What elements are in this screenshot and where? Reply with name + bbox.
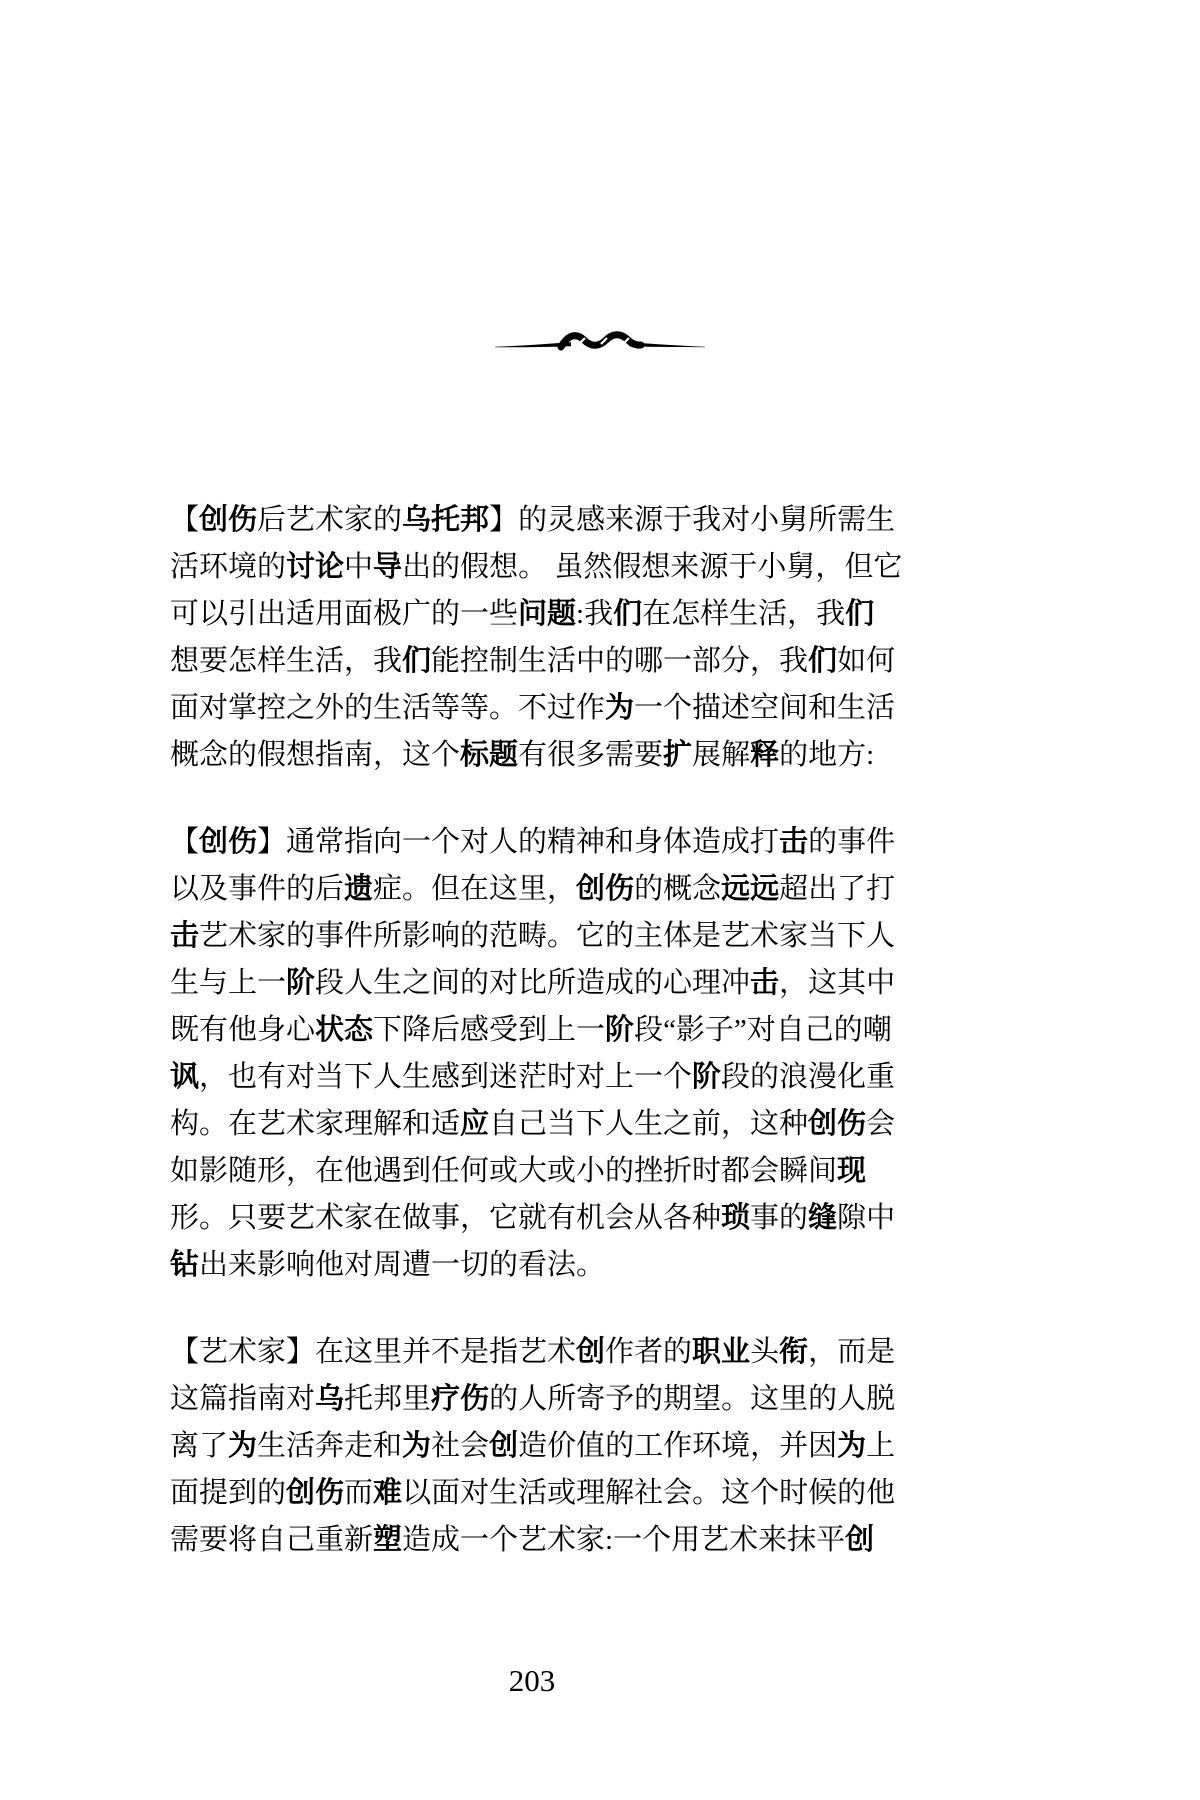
emphasized-text: 疗伤 (431, 1383, 489, 1415)
body-text: 段的浪漫化重 (721, 1061, 895, 1093)
body-text: 】的灵感来源于我对小舅所需生 (489, 504, 895, 536)
emphasized-text: 击 (779, 826, 808, 858)
body-text: ，这其中 (779, 967, 895, 999)
paragraph: 【艺术家】在这里并不是指艺术创作者的职业头衔，而是这篇指南对乌托邦里疗伤的人所寄… (170, 1329, 930, 1564)
emphasized-text: 问题 (518, 598, 576, 630)
emphasized-text: 导 (373, 551, 402, 583)
page-number: 203 (170, 1661, 894, 1701)
body-text: 症。但在这里， (373, 873, 576, 905)
body-text: 下降后感受到上一 (373, 1014, 605, 1046)
emphasized-text: 创伤 (808, 1108, 866, 1140)
text-line: 面提到的创伤而难以面对生活或理解社会。这个时候的他 (170, 1470, 930, 1517)
emphasized-text: 塑 (373, 1524, 402, 1556)
emphasized-text: 们 (845, 598, 874, 630)
text-line: 这篇指南对乌托邦里疗伤的人所寄予的期望。这里的人脱 (170, 1376, 930, 1423)
body-text: 出来影响他对周遭一切的看法。 (199, 1249, 605, 1281)
body-text: 【 (170, 504, 199, 536)
body-text: 段人生之间的对比所造成的心理冲 (315, 967, 750, 999)
body-text: ，也有对当下人生感到迷茫时对上一个 (199, 1061, 692, 1093)
emphasized-text: 现 (837, 1155, 866, 1187)
emphasized-text: 创 (576, 1336, 605, 1368)
emphasized-text: 阶 (605, 1014, 634, 1046)
body-text: 生活奔走和 (257, 1430, 402, 1462)
body-text: 出的假想。 虽然假想来源于小舅，但它 (402, 551, 902, 583)
emphasized-text: 创 (489, 1430, 518, 1462)
text-line: 活环境的讨论中导出的假想。 虽然假想来源于小舅，但它 (170, 544, 930, 591)
emphasized-text: 创伤 (199, 504, 257, 536)
emphasized-text: 应 (460, 1108, 489, 1140)
rope-twist-divider-icon (495, 330, 705, 356)
text-line: 想要怎样生活，我们能控制生活中的哪一部分，我们如何 (170, 638, 930, 685)
emphasized-text: 扩 (663, 739, 692, 771)
body-text: 【 (170, 826, 199, 858)
body-text: 形。只要艺术家在做事，它就有机会从各种 (170, 1202, 721, 1234)
text-line: 【创伤后艺术家的乌托邦】的灵感来源于我对小舅所需生 (170, 497, 930, 544)
body-text: 想要怎样生活，我 (170, 645, 402, 677)
body-text: 的事件 (808, 826, 895, 858)
emphasized-text: 们 (808, 645, 837, 677)
body-text: 面对掌控之外的生活等等。不过作 (170, 692, 605, 724)
body-text: 作者的 (605, 1336, 692, 1368)
body-text: 如何 (837, 645, 895, 677)
emphasized-text: 创 (845, 1524, 874, 1556)
body-text: :我 (576, 598, 613, 630)
emphasized-text: 难 (373, 1477, 402, 1509)
body-text: 【艺术家】在这里并不是指艺术 (170, 1336, 576, 1368)
body-text: 构。在艺术家理解和适 (170, 1108, 460, 1140)
text-line: 【艺术家】在这里并不是指艺术创作者的职业头衔，而是 (170, 1329, 930, 1376)
body-text: 在怎样生活，我 (642, 598, 845, 630)
body-text: 的地方: (779, 739, 874, 771)
body-text: 后艺术家的 (257, 504, 402, 536)
body-text: 】通常指向一个对人的精神和身体造成打 (257, 826, 779, 858)
body-text: 的概念 (634, 873, 721, 905)
body-text: 可以引出适用面极广的一些 (170, 598, 518, 630)
emphasized-text: 阶 (286, 967, 315, 999)
emphasized-text: 为 (605, 692, 634, 724)
body-text: 自己当下人生之前，这种 (489, 1108, 808, 1140)
body-text: 能控制生活中的哪一部分，我 (431, 645, 808, 677)
body-text: 既有他身心 (170, 1014, 315, 1046)
emphasized-text: 状态 (315, 1014, 373, 1046)
body-text: 以及事件的后 (170, 873, 344, 905)
emphasized-text: 们 (402, 645, 431, 677)
divider-ornament (495, 330, 705, 356)
body-text: 有很多需要 (518, 739, 663, 771)
body-text: 会 (866, 1108, 895, 1140)
emphasized-text: 阶 (692, 1061, 721, 1093)
body-text: 而 (344, 1477, 373, 1509)
text-line: 面对掌控之外的生活等等。不过作为一个描述空间和生活 (170, 685, 930, 732)
paragraph: 【创伤后艺术家的乌托邦】的灵感来源于我对小舅所需生活环境的讨论中导出的假想。 虽… (170, 497, 930, 779)
emphasized-text: 职业 (692, 1336, 750, 1368)
body-text: 一个描述空间和生活 (634, 692, 895, 724)
body-text: 生与上一 (170, 967, 286, 999)
body-text: 上 (866, 1430, 895, 1462)
emphasized-text: 讨论 (286, 551, 344, 583)
paragraph: 【创伤】通常指向一个对人的精神和身体造成打击的事件以及事件的后遗症。但在这里，创… (170, 819, 930, 1289)
emphasized-text: 们 (613, 598, 642, 630)
emphasized-text: 乌托邦 (402, 504, 489, 536)
text-line: 可以引出适用面极广的一些问题:我们在怎样生活，我们 (170, 591, 930, 638)
body-text: 概念的假想指南，这个 (170, 739, 460, 771)
emphasized-text: 衔 (779, 1336, 808, 1368)
text-line: 【创伤】通常指向一个对人的精神和身体造成打击的事件 (170, 819, 930, 866)
body-text: 段“影子”对自己的嘲 (634, 1014, 892, 1046)
body-text: 托邦里 (344, 1383, 431, 1415)
emphasized-text: 钻 (170, 1249, 199, 1281)
text-block: 【创伤后艺术家的乌托邦】的灵感来源于我对小舅所需生活环境的讨论中导出的假想。 虽… (170, 497, 930, 1604)
text-line: 以及事件的后遗症。但在这里，创伤的概念远远超出了打 (170, 866, 930, 913)
body-text: 展解 (692, 739, 750, 771)
emphasized-text: 标题 (460, 739, 518, 771)
body-text: 的人所寄予的期望。这里的人脱 (489, 1383, 895, 1415)
emphasized-text: 远远 (721, 873, 779, 905)
emphasized-text: 讽 (170, 1061, 199, 1093)
body-text: 造价值的工作环境，并因 (518, 1430, 837, 1462)
emphasized-text: 为 (837, 1430, 866, 1462)
text-line: 讽，也有对当下人生感到迷茫时对上一个阶段的浪漫化重 (170, 1054, 930, 1101)
text-line: 概念的假想指南，这个标题有很多需要扩展解释的地方: (170, 732, 930, 779)
body-text: 这篇指南对 (170, 1383, 315, 1415)
emphasized-text: 琐 (721, 1202, 750, 1234)
emphasized-text: 释 (750, 739, 779, 771)
body-text: 超出了打 (779, 873, 895, 905)
emphasized-text: 击 (170, 920, 199, 952)
text-line: 钻出来影响他对周遭一切的看法。 (170, 1242, 930, 1289)
emphasized-text: 为 (402, 1430, 431, 1462)
emphasized-text: 乌 (315, 1383, 344, 1415)
body-text: 造成一个艺术家:一个用艺术来抹平 (402, 1524, 845, 1556)
text-line: 如影随形，在他遇到任何或大或小的挫折时都会瞬间现 (170, 1148, 930, 1195)
emphasized-text: 击 (750, 967, 779, 999)
body-text: 以面对生活或理解社会。这个时候的他 (402, 1477, 895, 1509)
emphasized-text: 遗 (344, 873, 373, 905)
emphasized-text: 创伤 (576, 873, 634, 905)
body-text: 离了 (170, 1430, 228, 1462)
text-line: 离了为生活奔走和为社会创造价值的工作环境，并因为上 (170, 1423, 930, 1470)
body-text: 艺术家的事件所影响的范畴。它的主体是艺术家当下人 (199, 920, 895, 952)
body-text: 头 (750, 1336, 779, 1368)
emphasized-text: 创伤 (199, 826, 257, 858)
body-text: 活环境的 (170, 551, 286, 583)
body-text: 如影随形，在他遇到任何或大或小的挫折时都会瞬间 (170, 1155, 837, 1187)
text-line: 需要将自己重新塑造成一个艺术家:一个用艺术来抹平创 (170, 1517, 930, 1564)
text-line: 形。只要艺术家在做事，它就有机会从各种琐事的缝隙中 (170, 1195, 930, 1242)
body-text: 社会 (431, 1430, 489, 1462)
body-text: 需要将自己重新 (170, 1524, 373, 1556)
text-line: 构。在艺术家理解和适应自己当下人生之前，这种创伤会 (170, 1101, 930, 1148)
body-text: ，而是 (808, 1336, 895, 1368)
body-text: 面提到的 (170, 1477, 286, 1509)
body-text: 中 (344, 551, 373, 583)
text-line: 生与上一阶段人生之间的对比所造成的心理冲击，这其中 (170, 960, 930, 1007)
text-line: 既有他身心状态下降后感受到上一阶段“影子”对自己的嘲 (170, 1007, 930, 1054)
emphasized-text: 缝 (808, 1202, 837, 1234)
emphasized-text: 创伤 (286, 1477, 344, 1509)
text-line: 击艺术家的事件所影响的范畴。它的主体是艺术家当下人 (170, 913, 930, 960)
body-text: 隙中 (837, 1202, 895, 1234)
body-text: 事的 (750, 1202, 808, 1234)
emphasized-text: 为 (228, 1430, 257, 1462)
